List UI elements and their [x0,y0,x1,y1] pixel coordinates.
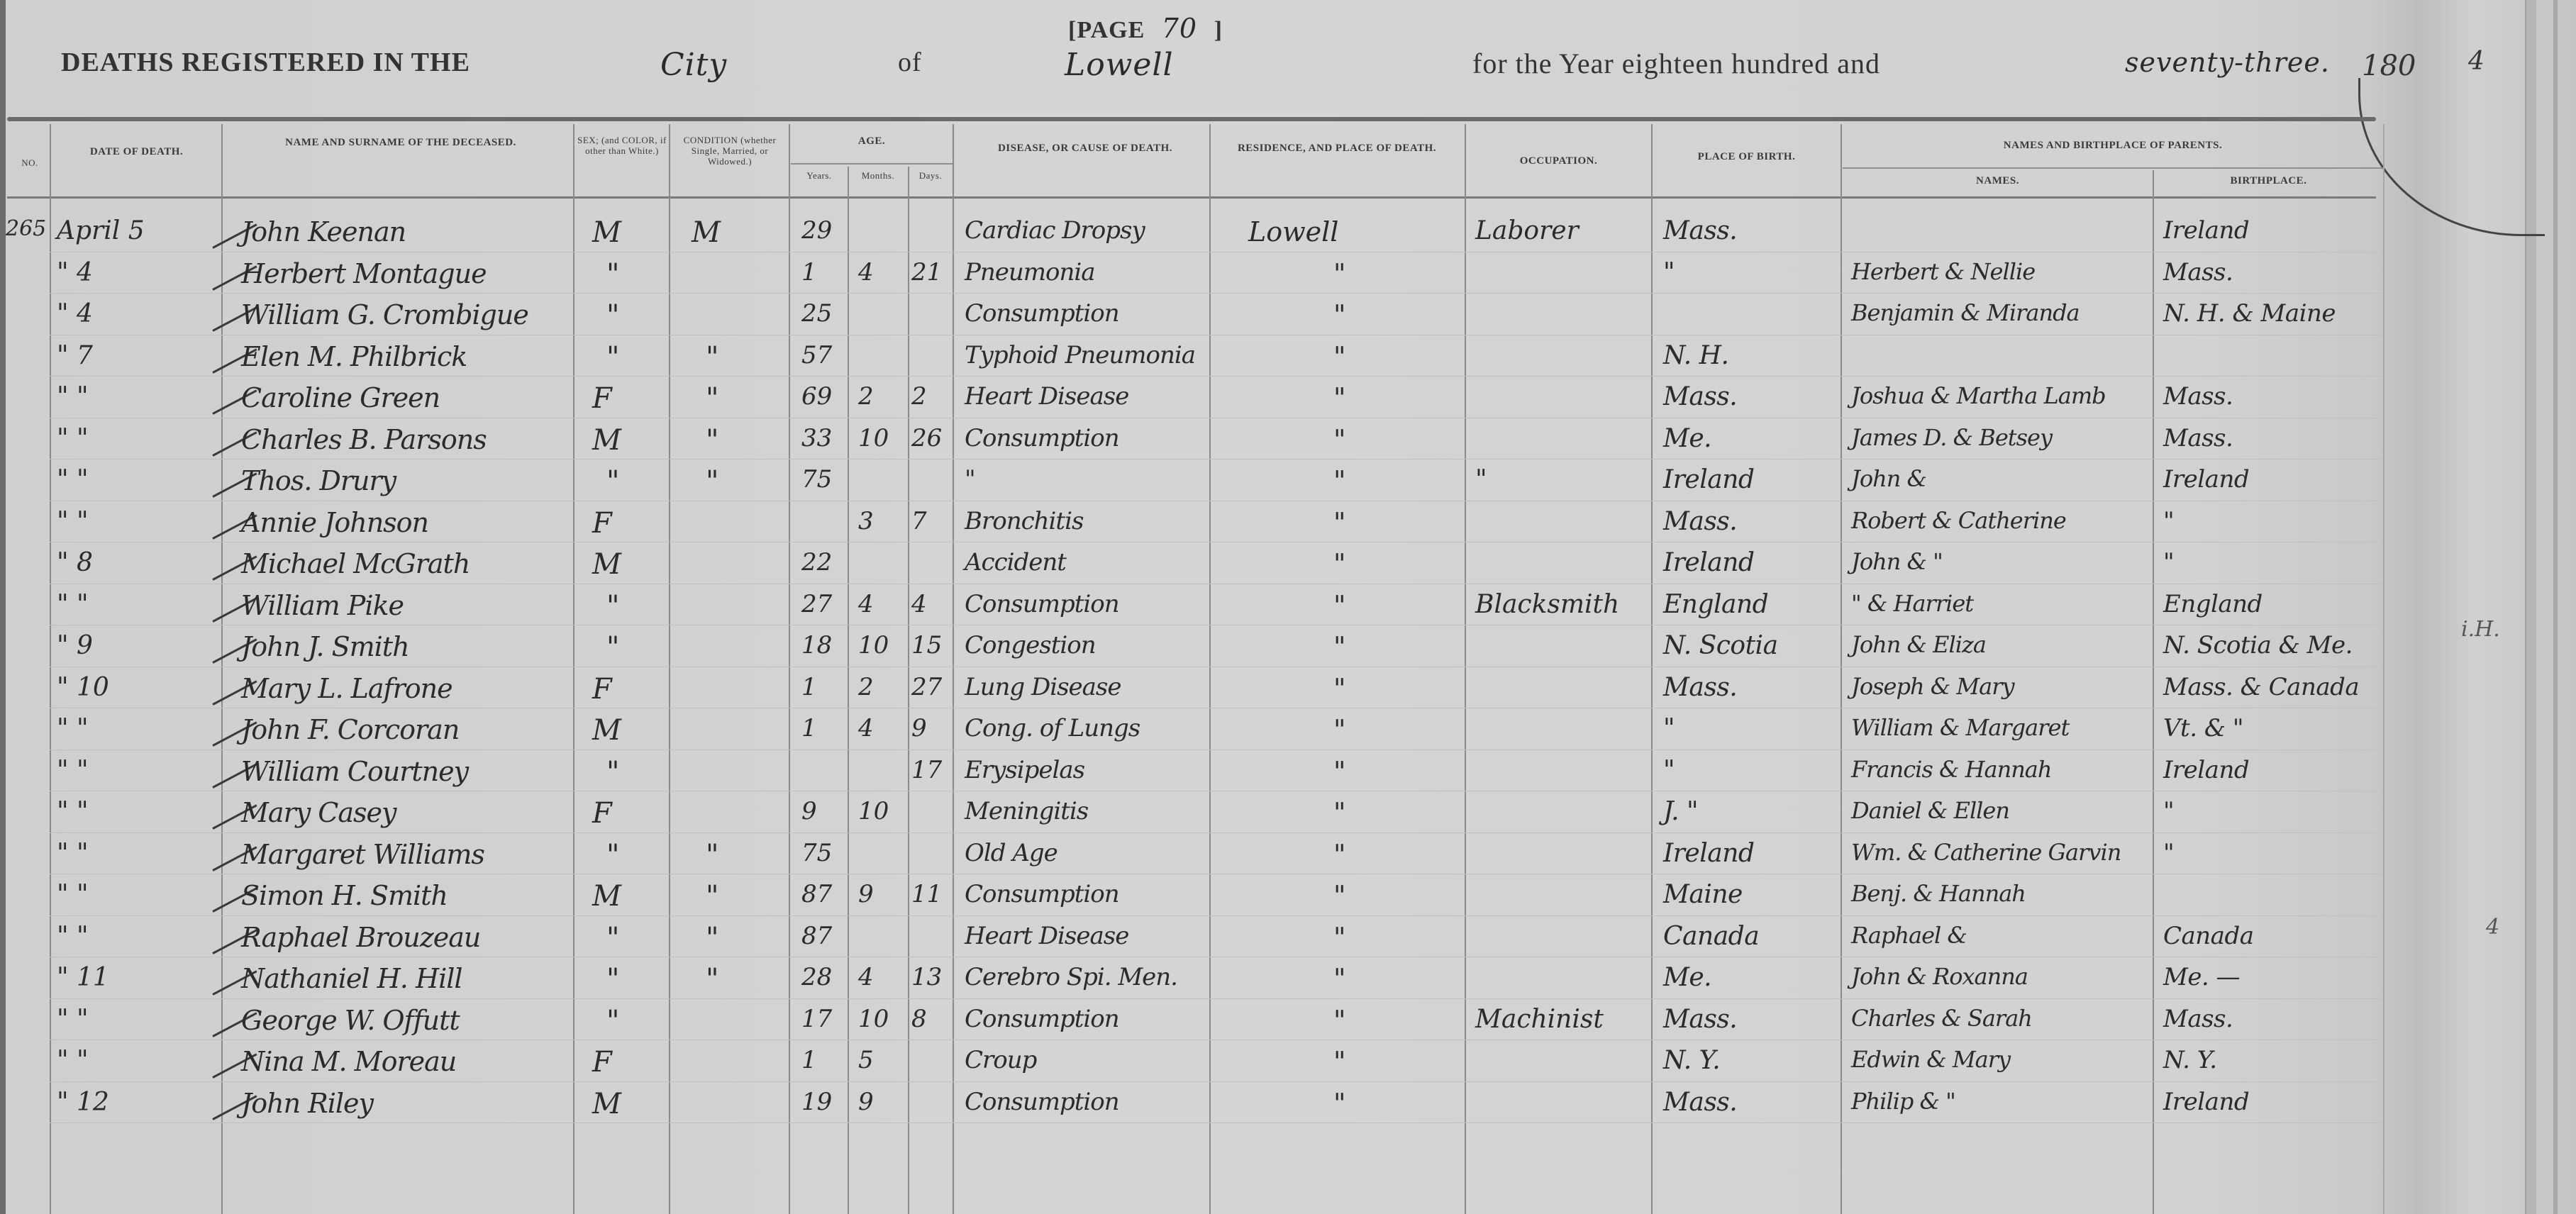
record-name: Mary L. Lafrone [241,675,453,702]
header-residence: RESIDENCE, AND PLACE OF DEATH. [1220,142,1454,155]
record-condition: " [706,343,718,372]
page-label-prefix: [PAGE [1068,17,1145,43]
record-place-of-birth: N. Y. [1663,1048,1720,1074]
record-place-of-birth: " [1663,716,1675,742]
record-parents: Francis & Hannah [1851,758,2051,781]
column-divider [1651,124,1653,1214]
record-months: 4 [858,260,874,284]
record-days: 9 [911,716,927,740]
record-days: 17 [911,758,942,782]
record-occupation: Machinist [1475,1007,1604,1032]
record-sex: " [606,301,619,330]
record-parents-birthplace: Canada [2163,924,2254,948]
record-disease: Consumption [965,426,1119,450]
record-disease: " [965,467,975,491]
record-disease: Bronchitis [965,509,1083,533]
record-name: Mary Casey [241,799,396,826]
record-parents: John & Eliza [1851,633,1986,656]
record-days: 15 [911,633,942,657]
row-rule [50,1040,2383,1040]
record-place-of-birth: Mass. [1663,509,1737,535]
column-divider [1465,124,1466,1214]
record-parents-birthplace: N. Y. [2163,1048,2217,1072]
record-date: " " [57,509,89,535]
row-rule [50,832,2383,833]
record-sex: " [606,633,619,662]
header-sex: SEX; (and COLOR, if other than White.) [576,135,668,156]
row-rule [50,335,2383,335]
record-parents-birthplace: Me. — [2163,965,2240,989]
record-parents-birthplace: " [2163,799,2174,823]
record-date: " " [57,1048,89,1074]
record-name: John J. Smith [241,633,409,660]
record-disease: Congestion [965,633,1096,657]
record-years: 1 [801,1048,817,1072]
record-date: " 11 [57,965,109,991]
record-occupation: " [1475,467,1487,493]
record-disease: Cerebro Spi. Men. [965,965,1177,989]
record-parents: Benj. & Hannah [1851,882,2026,905]
row-rule [50,874,2383,874]
column-divider [2153,170,2154,1214]
record-residence: " [1333,592,1345,619]
record-name: George W. Offutt [241,1007,460,1034]
record-years: 27 [801,592,832,616]
record-sex: " [606,924,619,952]
header-place-of-birth: PLACE OF BIRTH. [1653,150,1841,163]
record-months: 4 [858,592,874,616]
record-residence: " [1333,965,1345,992]
record-years: 57 [801,343,832,367]
record-disease: Cong. of Lungs [965,716,1140,740]
record-parents: Herbert & Nellie [1851,260,2035,283]
column-divider [953,124,954,1214]
record-years: 18 [801,633,832,657]
record-disease: Heart Disease [965,924,1128,948]
row-rule [50,584,2383,584]
record-parents-birthplace: Mass. [2163,260,2233,284]
record-years: 17 [801,1007,832,1031]
record-place-of-birth: Canada [1663,924,1759,950]
record-disease: Heart Disease [965,384,1128,408]
header-years: Years. [791,170,848,181]
record-date: " " [57,1007,89,1032]
record-years: 75 [801,841,832,865]
record-condition: " [706,965,718,993]
column-divider [1841,124,1842,1214]
record-parents: " & Harriet [1851,592,1973,615]
record-sex: " [606,467,619,496]
record-parents-birthplace: " [2163,509,2174,533]
record-date: " 7 [57,343,93,369]
record-residence: " [1333,260,1345,287]
record-parents: Robert & Catherine [1851,509,2066,532]
record-parents: Raphael & [1851,924,1967,947]
record-date: " 9 [57,633,93,659]
record-place-of-birth: J. " [1663,799,1698,825]
record-condition: " [706,882,718,910]
record-place-of-birth: Mass. [1663,675,1737,701]
header-date: DATE OF DEATH. [53,145,220,158]
record-days: 13 [911,965,942,989]
record-place-of-birth: England [1663,592,1768,618]
record-date: " " [57,758,89,784]
record-date: " 8 [57,550,93,576]
record-date: " 4 [57,260,93,286]
record-days: 27 [911,675,942,699]
record-disease: Old Age [965,841,1057,865]
record-months: 2 [858,384,874,408]
record-name: Nathaniel H. Hill [241,965,462,992]
record-sex: F [592,1048,612,1076]
header-condition: CONDITION (whether Single, Married, or W… [672,135,787,167]
record-date: April 5 [57,218,145,244]
register-page: [PAGE 70 ] DEATHS REGISTERED IN THE City… [0,0,2576,1214]
page-label-suffix: ] [1214,17,1223,43]
row-rule [50,667,2383,667]
record-sex: M [592,218,621,247]
column-divider [221,124,223,1214]
header-name: NAME AND SURNAME OF THE DECEASED. [234,136,567,149]
record-sex: M [592,1090,621,1118]
record-condition: " [706,426,718,455]
record-disease: Erysipelas [965,758,1084,782]
record-occupation: Blacksmith [1475,592,1619,618]
record-residence: " [1333,924,1345,951]
record-months: 3 [858,509,874,533]
record-place-of-birth: Ireland [1663,467,1754,493]
record-sex: M [592,882,621,910]
record-parents-birthplace: Vt. & " [2163,716,2243,740]
record-name: William Pike [241,592,404,619]
record-place-of-birth: Ireland [1663,550,1754,576]
record-parents-birthplace: Mass. [2163,384,2233,408]
record-sex: M [592,716,621,745]
row-rule [50,791,2383,791]
record-condition: " [706,924,718,952]
record-parents-birthplace: " [2163,841,2174,865]
record-residence: " [1333,716,1345,743]
header-parents: NAMES AND BIRTHPLACE OF PARENTS. [1843,139,2383,152]
record-disease: Consumption [965,1090,1119,1114]
record-parents: Philip & " [1851,1090,1955,1113]
record-months: 4 [858,716,874,740]
row-rule [50,625,2383,625]
record-residence: " [1333,343,1345,370]
record-sex: F [592,675,612,703]
record-sex: M [592,426,621,455]
record-years: 25 [801,301,832,325]
record-disease: Accident [965,550,1066,574]
record-parents: John & " [1851,550,1943,573]
title-place-type: City [660,47,727,83]
record-residence: " [1333,633,1345,660]
title-of: of [898,47,922,78]
record-place-of-birth: " [1663,260,1675,286]
record-condition: " [706,841,718,869]
record-years: 19 [801,1090,832,1114]
record-parents-birthplace: N. Scotia & Me. [2163,633,2353,657]
column-divider [669,124,670,1214]
row-rule [50,459,2383,460]
header-occupation: OCCUPATION. [1468,155,1649,167]
record-date: " " [57,716,89,742]
record-parents-birthplace: " [2163,550,2174,574]
record-residence: " [1333,882,1345,909]
record-days: 26 [911,426,942,450]
record-disease: Lung Disease [965,675,1121,699]
record-months: 4 [858,965,874,989]
record-date: " " [57,384,89,410]
record-months: 5 [858,1048,874,1072]
record-years: 22 [801,550,832,574]
record-months: 10 [858,633,889,657]
record-name: Elen M. Philbrick [241,343,467,370]
row-rule [50,957,2383,957]
record-place-of-birth: Mass. [1663,384,1737,410]
record-residence: " [1333,758,1345,785]
record-months: 2 [858,675,874,699]
record-date: " " [57,799,89,825]
record-residence: " [1333,799,1345,826]
record-name: Annie Johnson [241,509,428,536]
record-residence: " [1333,426,1345,453]
record-parents: Edwin & Mary [1851,1048,2010,1071]
record-years: 75 [801,467,832,491]
column-divider [573,124,574,1214]
record-parents-birthplace: Mass. [2163,1007,2233,1031]
record-days: 11 [911,882,942,906]
header-age: AGE. [791,135,953,147]
record-sex: " [606,260,619,289]
row-rule [50,915,2383,916]
record-years: 1 [801,716,817,740]
record-residence: " [1333,1048,1345,1075]
corner-number-2: 4 [2468,47,2485,76]
record-name: William G. Crombigue [241,301,528,328]
record-sex: " [606,343,619,372]
header-bottom-rule [7,196,2376,199]
record-place-of-birth: Me. [1663,426,1711,452]
row-rule [50,501,2383,501]
record-date: " " [57,592,89,618]
record-disease: Cardiac Dropsy [965,218,1145,243]
margin-mark: i.H. [2461,617,2500,642]
record-days: 21 [911,260,942,284]
record-parents: Wm. & Catherine Garvin [1851,841,2121,864]
title-rule [7,117,2376,121]
column-divider [908,167,909,1214]
record-years: 87 [801,924,832,948]
record-name: Simon H. Smith [241,882,448,909]
record-parents: John & Roxanna [1851,965,2028,988]
record-sex: " [606,758,619,786]
column-divider [1209,124,1211,1214]
record-name: Raphael Brouzeau [241,924,480,951]
record-parents-birthplace: Mass. [2163,426,2233,450]
header-disease: DISEASE, OR CAUSE OF DEATH. [979,142,1192,155]
record-place-of-birth: " [1663,758,1675,784]
record-sex: F [592,509,612,538]
record-sex: F [592,799,612,828]
row-rule [50,418,2383,418]
record-residence: " [1333,1007,1345,1034]
record-disease: Pneumonia [965,260,1095,284]
column-divider [789,124,790,1214]
record-parents: Joseph & Mary [1851,675,2014,698]
record-disease: Consumption [965,592,1119,616]
record-name: Thos. Drury [241,467,396,494]
record-parents: James D. & Betsey [1851,426,2052,449]
record-sex: F [592,384,612,413]
header-parent-birthplace: BIRTHPLACE. [2154,174,2383,187]
record-years: 69 [801,384,832,408]
record-date: " 12 [57,1090,109,1115]
record-date: " 10 [57,675,109,701]
record-name: William Courtney [241,758,468,785]
title-place-name: Lowell [1065,47,1174,83]
record-sex: " [606,592,619,620]
row-rule [50,708,2383,708]
row-rule [50,1123,2383,1123]
record-months: 10 [858,799,889,823]
row-rule [50,542,2383,542]
title-printed: DEATHS REGISTERED IN THE [61,47,470,78]
parents-subheader-rule [1843,167,2383,169]
page-label: [PAGE 70 ] [1068,13,1223,44]
record-years: 9 [801,799,817,823]
record-parents-birthplace: N. H. & Maine [2163,301,2336,325]
row-rule [50,1081,2383,1082]
record-place-of-birth: Me. [1663,965,1711,991]
header-months: Months. [849,170,907,181]
record-parents: Benjamin & Miranda [1851,301,2080,324]
record-disease: Consumption [965,301,1119,325]
record-residence: " [1333,675,1345,702]
record-residence: " [1333,509,1345,536]
header-no: NO. [10,157,50,168]
record-days: 7 [911,509,927,533]
record-place-of-birth: Mass. [1663,1007,1737,1032]
record-years: 1 [801,260,817,284]
record-disease: Consumption [965,882,1119,906]
record-residence: " [1333,841,1345,868]
row-rule [50,750,2383,750]
record-days: 8 [911,1007,927,1031]
record-name: Charles B. Parsons [241,426,487,453]
margin-mark: 4 [2486,915,2499,940]
page-number: 70 [1162,13,1197,44]
record-parents: Daniel & Ellen [1851,799,2009,822]
record-name: Herbert Montague [241,260,487,287]
record-years: 87 [801,882,832,906]
register-title: DEATHS REGISTERED IN THE City of Lowell … [61,47,2377,89]
record-name: John F. Corcoran [241,716,459,743]
record-months: 9 [858,1090,874,1114]
record-date: " " [57,924,89,950]
row-rule [50,998,2383,999]
record-parents-birthplace: Ireland [2163,218,2249,243]
record-parents-birthplace: England [2163,592,2263,616]
record-occupation: Laborer [1475,218,1579,244]
record-place-of-birth: Mass. [1663,218,1737,244]
record-name: Caroline Green [241,384,440,411]
record-parents-birthplace: Mass. & Canada [2163,675,2359,699]
header-parent-names: NAMES. [1843,174,2153,187]
record-parents: Charles & Sarah [1851,1007,2032,1030]
record-disease: Croup [965,1048,1036,1072]
record-date: " " [57,426,89,452]
record-place-of-birth: N. H. [1663,343,1728,369]
record-name: John Riley [241,1090,373,1117]
record-name: Nina M. Moreau [241,1048,456,1075]
record-parents: John & [1851,467,1926,490]
corner-pen-arc [2358,78,2545,236]
record-sex: " [606,965,619,993]
record-residence: Lowell [1248,218,1338,245]
record-sex: " [606,1007,619,1035]
record-months: 9 [858,882,874,906]
column-divider [50,124,51,1214]
row-rule [50,293,2383,294]
record-condition: " [706,467,718,496]
column-divider [2383,124,2385,1214]
record-years: 29 [801,218,832,243]
record-years: 28 [801,965,832,989]
record-place-of-birth: Maine [1663,882,1743,908]
record-parents-birthplace: Ireland [2163,467,2249,491]
record-name: Margaret Williams [241,841,484,868]
record-date: " " [57,882,89,908]
record-name: John Keenan [241,218,406,245]
title-year-printed: for the Year eighteen hundred and [1472,47,1880,80]
record-sex: M [592,550,621,579]
record-disease: Typhoid Pneumonia [965,343,1195,367]
age-subheader-rule [791,163,953,165]
record-days: 2 [911,384,927,408]
record-date: " " [57,841,89,867]
row-rule [50,252,2383,252]
record-residence: " [1333,1090,1345,1117]
record-disease: Meningitis [965,799,1088,823]
record-parents: William & Margaret [1851,716,2069,739]
page-left-edge [0,0,6,1214]
record-parents: Joshua & Martha Lamb [1851,384,2106,407]
record-residence: " [1333,384,1345,411]
record-condition: M [692,218,721,247]
record-date: " 4 [57,301,93,327]
record-place-of-birth: N. Scotia [1663,633,1778,659]
record-years: 1 [801,675,817,699]
row-rule [50,376,2383,377]
record-parents-birthplace: Ireland [2163,1090,2249,1114]
column-divider [848,167,849,1214]
record-name: Michael McGrath [241,550,470,577]
record-disease: Consumption [965,1007,1119,1031]
record-condition: " [706,384,718,413]
record-no: 265 [6,218,46,240]
record-place-of-birth: Ireland [1663,841,1754,867]
record-sex: " [606,841,619,869]
record-residence: " [1333,301,1345,328]
record-residence: " [1333,467,1345,494]
record-months: 10 [858,426,889,450]
record-place-of-birth: Mass. [1663,1090,1737,1115]
record-date: " " [57,467,89,493]
record-days: 4 [911,592,927,616]
record-residence: " [1333,550,1345,577]
record-years: 33 [801,426,832,450]
